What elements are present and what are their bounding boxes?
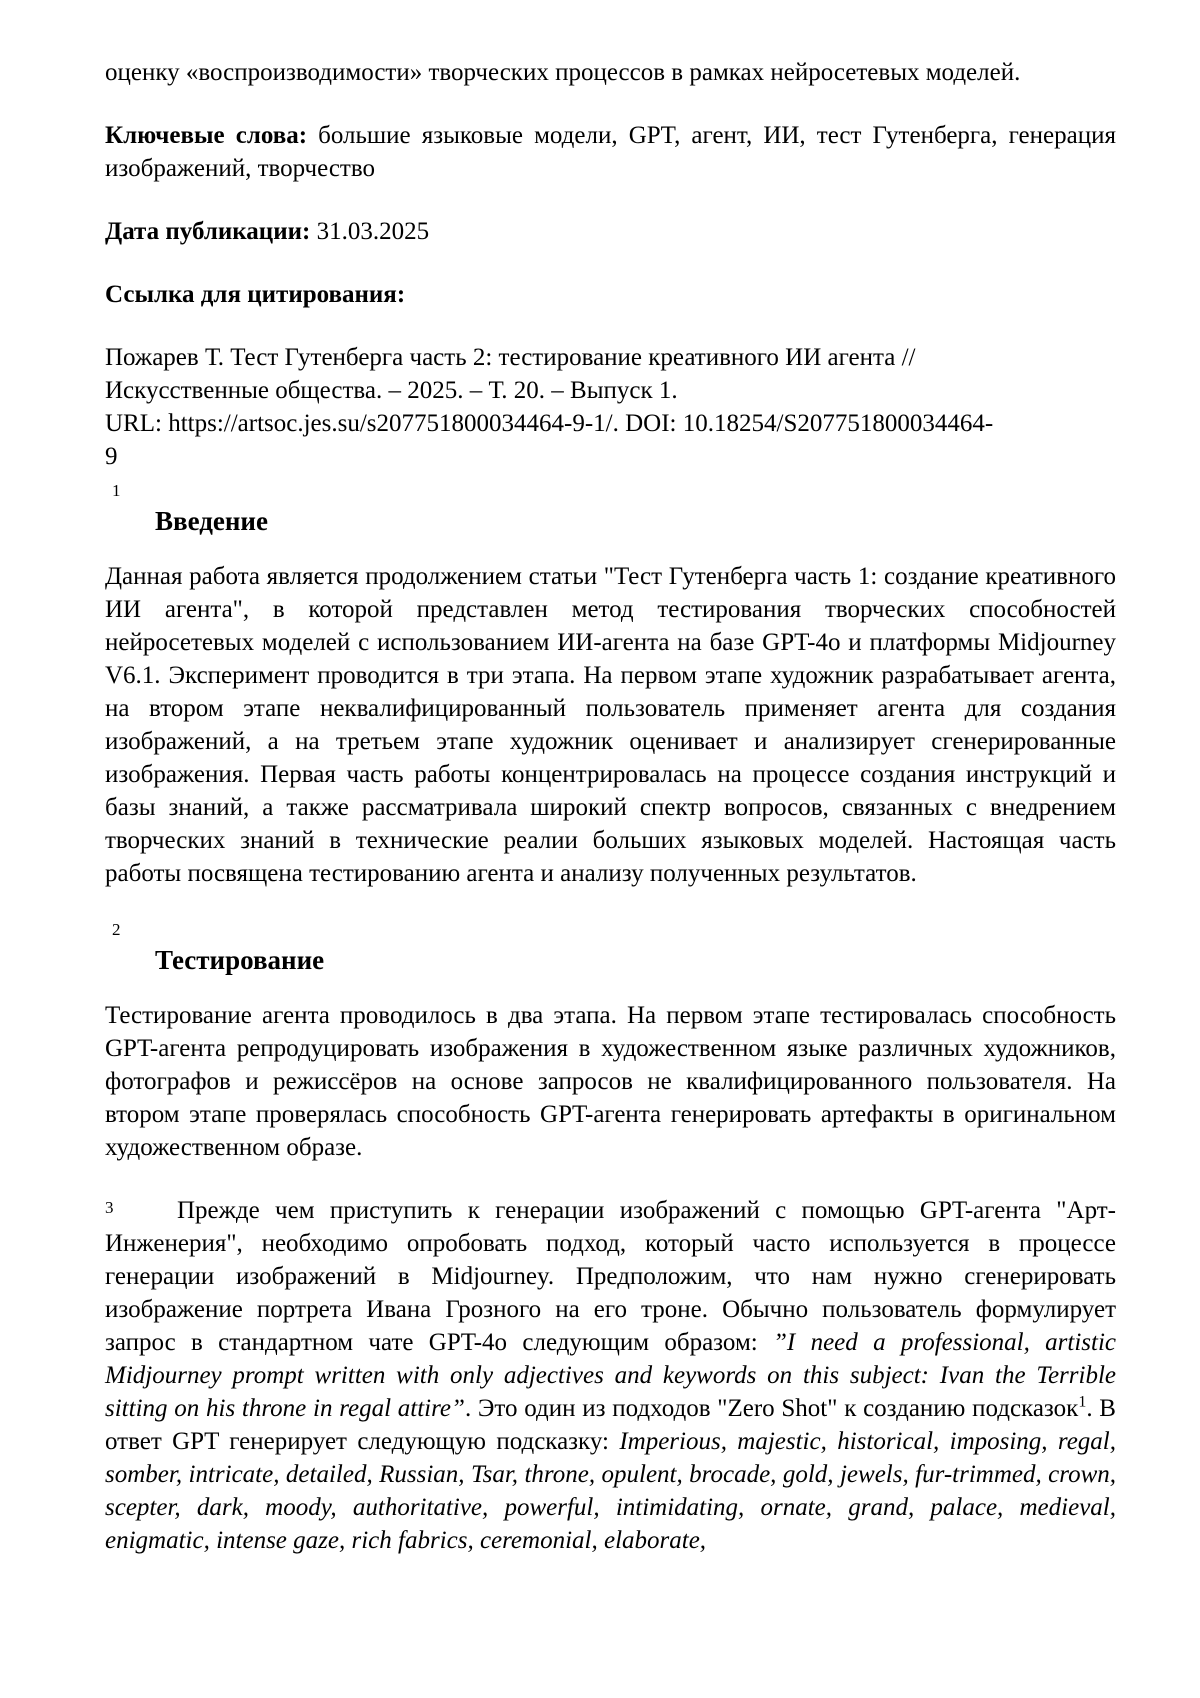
text-run: Дата публикации: xyxy=(105,218,310,245)
paragraph-number-1: 1 xyxy=(112,481,1116,500)
text-run: Пожарев Т. Тест Гутенберга часть 2: тест… xyxy=(105,344,915,371)
text-run: Данная работа является продолжением стат… xyxy=(105,563,1116,887)
document-page: оценку «воспроизводимости» творческих пр… xyxy=(0,0,1200,1698)
testing-paragraph: Тестирование агента проводилось в два эт… xyxy=(105,999,1116,1164)
text-run: 9 xyxy=(105,443,118,470)
text-run: URL: https://artsoc.jes.su/s207751800034… xyxy=(105,410,993,437)
continued-paragraph: оценку «воспроизводимости» творческих пр… xyxy=(105,56,1116,89)
text-run: 31.03.2025 xyxy=(310,218,429,245)
text-run: Ключевые слова: xyxy=(105,122,307,149)
citation-label: Ссылка для цитирования: xyxy=(105,278,1116,311)
text-run: Тестирование агента проводилось в два эт… xyxy=(105,1002,1116,1161)
paragraph-number: 3 xyxy=(105,1198,114,1217)
heading-testing: Тестирование xyxy=(155,943,1116,977)
heading-introduction: Введение xyxy=(155,504,1116,538)
introduction-paragraph: Данная работа является продолжением стат… xyxy=(105,560,1116,890)
text-run: оценку «воспроизводимости» творческих пр… xyxy=(105,59,1020,86)
text-run: . Это один из подходов "Zero Shot" к соз… xyxy=(465,1395,1078,1422)
text-run: Ссылка для цитирования: xyxy=(105,281,405,308)
keywords-paragraph: Ключевые слова: большие языковые модели,… xyxy=(105,119,1116,185)
publication-date: Дата публикации: 31.03.2025 xyxy=(105,215,1116,248)
text-run: Тестирование xyxy=(155,945,324,975)
paragraph-number-2: 2 xyxy=(112,920,1116,939)
zero-shot-paragraph: 3Прежде чем приступить к генерации изобр… xyxy=(105,1194,1116,1557)
text-run: Искусственные общества. – 2025. – Т. 20.… xyxy=(105,377,678,404)
citation-reference: Пожарев Т. Тест Гутенберга часть 2: тест… xyxy=(105,341,1116,473)
text-run: Введение xyxy=(155,506,268,536)
